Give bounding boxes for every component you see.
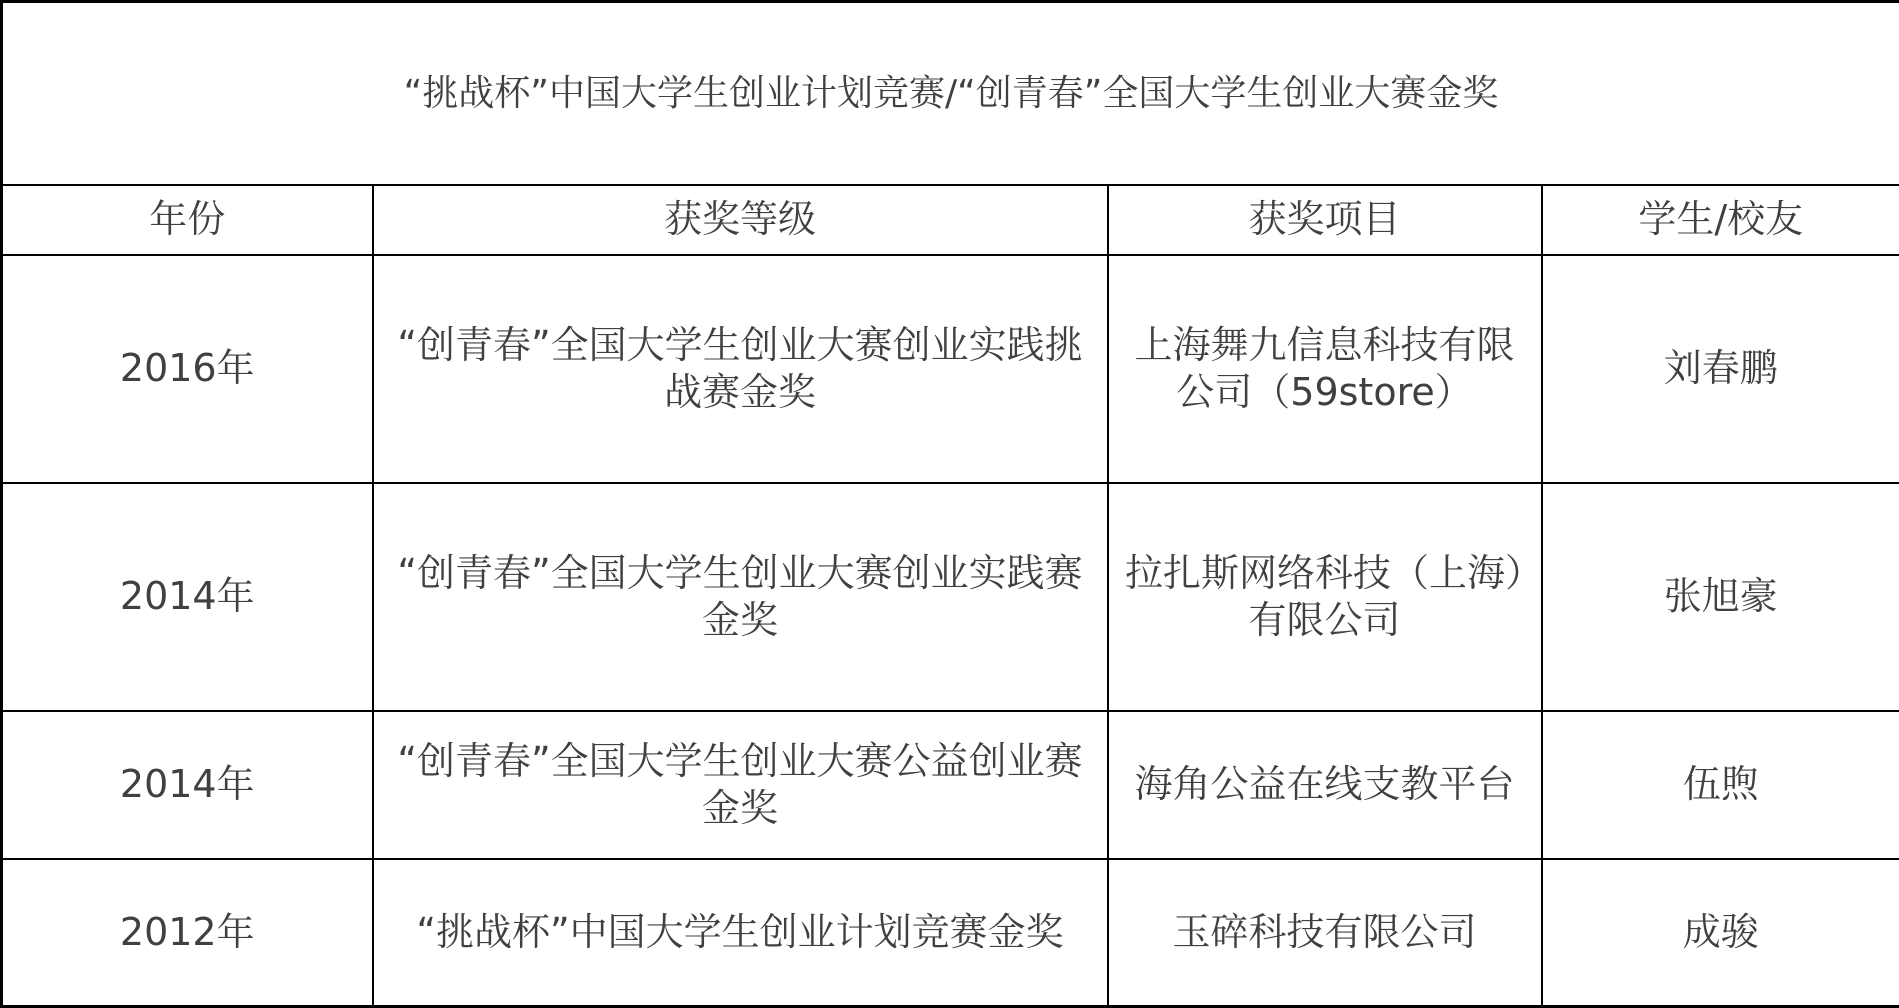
cell-year: 2016年 bbox=[2, 255, 373, 483]
table-row: 2016年 “创青春”全国大学生创业大赛创业实践挑战赛金奖 上海舞九信息科技有限… bbox=[2, 255, 1899, 483]
cell-award: “挑战杯”中国大学生创业计划竞赛金奖 bbox=[373, 859, 1108, 1007]
cell-award: “创青春”全国大学生创业大赛创业实践赛金奖 bbox=[373, 483, 1108, 711]
header-award-level: 获奖等级 bbox=[373, 185, 1108, 255]
cell-year: 2014年 bbox=[2, 711, 373, 859]
table-row: 2014年 “创青春”全国大学生创业大赛公益创业赛金奖 海角公益在线支教平台 伍… bbox=[2, 711, 1899, 859]
cell-award: “创青春”全国大学生创业大赛创业实践挑战赛金奖 bbox=[373, 255, 1108, 483]
cell-year: 2014年 bbox=[2, 483, 373, 711]
cell-project: 拉扎斯网络科技（上海）有限公司 bbox=[1108, 483, 1542, 711]
cell-project: 海角公益在线支教平台 bbox=[1108, 711, 1542, 859]
cell-student: 刘春鹏 bbox=[1542, 255, 1899, 483]
cell-project: 玉碎科技有限公司 bbox=[1108, 859, 1542, 1007]
awards-table: “挑战杯”中国大学生创业计划竞赛/“创青春”全国大学生创业大赛金奖 年份 获奖等… bbox=[0, 0, 1899, 1008]
cell-year: 2012年 bbox=[2, 859, 373, 1007]
cell-student: 张旭豪 bbox=[1542, 483, 1899, 711]
cell-project: 上海舞九信息科技有限公司（59store） bbox=[1108, 255, 1542, 483]
header-student: 学生/校友 bbox=[1542, 185, 1899, 255]
table-row: 2014年 “创青春”全国大学生创业大赛创业实践赛金奖 拉扎斯网络科技（上海）有… bbox=[2, 483, 1899, 711]
table-row: 2012年 “挑战杯”中国大学生创业计划竞赛金奖 玉碎科技有限公司 成骏 bbox=[2, 859, 1899, 1007]
header-year: 年份 bbox=[2, 185, 373, 255]
cell-award: “创青春”全国大学生创业大赛公益创业赛金奖 bbox=[373, 711, 1108, 859]
table-title-row: “挑战杯”中国大学生创业计划竞赛/“创青春”全国大学生创业大赛金奖 bbox=[2, 2, 1899, 185]
cell-student: 伍煦 bbox=[1542, 711, 1899, 859]
header-project: 获奖项目 bbox=[1108, 185, 1542, 255]
table-header-row: 年份 获奖等级 获奖项目 学生/校友 bbox=[2, 185, 1899, 255]
cell-student: 成骏 bbox=[1542, 859, 1899, 1007]
table-title: “挑战杯”中国大学生创业计划竞赛/“创青春”全国大学生创业大赛金奖 bbox=[2, 2, 1899, 185]
